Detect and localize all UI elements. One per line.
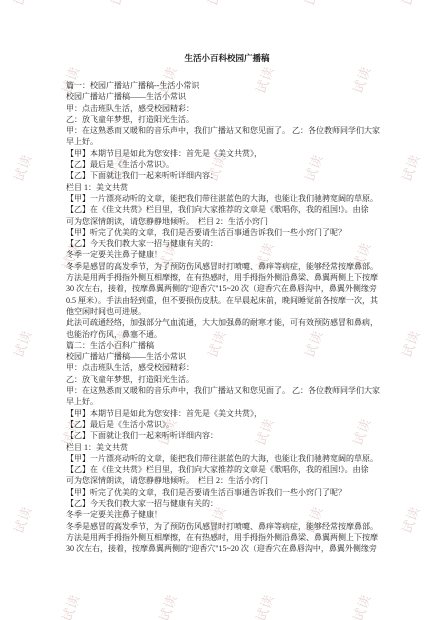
watermark-text: 试读: [8, 151, 35, 184]
text-line: 0.5 厘米）。手法由轻到重，但不要损伤皮肤。在早晨起床前，晚间睡觉前各按摩一次…: [66, 295, 388, 306]
watermark-text: 试读: [8, 503, 35, 536]
watermark-text: 试读: [153, 591, 180, 620]
watermark-text: 试读: [202, 0, 229, 8]
text-line: 篇一：校园广播站广播稿--生活小常识: [66, 80, 388, 91]
text-line: 栏目 1：美文共赏: [66, 182, 388, 193]
text-line: 甲：在这熟悉而又暖和的音乐声中，我们广播站又和您见面了。 乙：各位教师同学们大家: [66, 385, 388, 396]
text-line: 早上好。: [66, 396, 388, 407]
document-title: 生活小百科校园广播稿: [66, 52, 388, 64]
text-line: 冬季一定要关注鼻子健康！: [66, 249, 388, 260]
text-line: 【乙】在《佳文共赏》栏目里，我们向大家推荐的文章是《歌唱你，我的祖国!》。由徐: [66, 464, 388, 475]
text-line: 【甲】本期节目是如此为您安排：首先是《美文共赏》，: [66, 408, 388, 419]
text-line: 篇二：生活小百科广播稿: [66, 340, 388, 351]
watermark-text: 试读: [8, 0, 35, 8]
watermark-text: 试读: [105, 0, 132, 8]
watermark-text: 试读: [347, 591, 374, 620]
text-line: 30 次左右，接着，按摩鼻翼两侧的"迎香穴"15~20 次（迎香穴在鼻唇沟中，鼻…: [66, 283, 388, 294]
watermark-text: 试读: [396, 151, 423, 184]
text-line: 【乙】下面就让我们一起来听听详细内容：: [66, 430, 388, 441]
text-line: 此法可疏通经络，加强部分气血流通，大大加强鼻的耐寒才能，可有效预防感冒和鼻病，: [66, 317, 388, 328]
text-line: 乙：放飞童年梦想，打造阳光生活。: [66, 374, 388, 385]
text-line: 栏目 1：美文共赏: [66, 442, 388, 453]
text-line: 【甲】一片漂亮动听的文章，能把我们带往湛蓝色的大海，也能让我们驰骋宽阔的草原。: [66, 453, 388, 464]
text-line: 方法是用两手拇指外侧互相摩擦，在有热感时，用手拇指外侧沿鼻梁、鼻翼两侧上下按摩: [66, 532, 388, 543]
document-page: 试读试读试读试读试读试读试读试读试读试读试读试读试读试读试读试读试读试读试读试读…: [0, 0, 440, 620]
text-line: 【乙】在《佳文共赏》栏目里，我们向大家推荐的文章是《歌唱你，我的祖国!》。由徐: [66, 204, 388, 215]
watermark-text: 试读: [396, 0, 423, 8]
text-line: 【乙】下面就让我们一起来听听详细内容：: [66, 170, 388, 181]
text-line: 【甲】本期节目是如此为您安排：首先是《美文共赏》，: [66, 148, 388, 159]
text-line: 方法是用两手拇指外侧互相摩擦，在有热感时，用手拇指外侧沿鼻梁、鼻翼两侧上下按摩: [66, 272, 388, 283]
text-line: 校园广播站广播稿——生活小常识: [66, 351, 388, 362]
text-line: 【乙】今天我们教大家一招与健康有关的：: [66, 238, 388, 249]
text-line: 校园广播站广播稿——生活小常识: [66, 91, 388, 102]
text-line: 他空闲时间也可进展。: [66, 306, 388, 317]
watermark-text: 试读: [299, 0, 326, 8]
text-line: 可为您深情朗读，请您静静地倾听。 栏目 2：生活小窍门: [66, 216, 388, 227]
document-body: 篇一：校园广播站广播稿--生活小常识校园广播站广播稿——生活小常识甲：点击班队生…: [66, 80, 388, 554]
text-line: 【甲】听完了优美的文章，我们是否要请生活百事通告诉我们一些小窍门了呢？: [66, 487, 388, 498]
text-line: 冬季一定要关注鼻子健康！: [66, 509, 388, 520]
text-line: 甲：在这熟悉而又暖和的音乐声中，我们广播站又和您见面了。 乙：各位教师同学们大家: [66, 125, 388, 136]
watermark-text: 试读: [8, 327, 35, 360]
watermark-text: 试读: [56, 591, 83, 620]
text-line: 30 次左右，接着，按摩鼻翼两侧的"迎香穴"15~20 次（迎香穴在鼻唇沟中，鼻…: [66, 543, 388, 554]
text-line: 【乙】最后是《生活小常识》。: [66, 419, 388, 430]
document-content: 生活小百科校园广播稿 篇一：校园广播站广播稿--生活小常识校园广播站广播稿——生…: [66, 52, 388, 554]
text-line: 【甲】听完了优美的文章，我们是否要请生活百事通告诉我们一些小窍门了呢？: [66, 227, 388, 238]
text-line: 【乙】最后是《生活小常识》。: [66, 159, 388, 170]
watermark-text: 试读: [250, 591, 277, 620]
text-line: 也能治疗伤风，鼻塞不通。: [66, 329, 388, 340]
text-line: 【甲】一片漂亮动听的文章，能把我们带往湛蓝色的大海，也能让我们驰骋宽阔的草原。: [66, 193, 388, 204]
watermark-text: 试读: [396, 327, 423, 360]
text-line: 冬季是感冒的高发季节，为了预防伤风感冒时打喷嚏、鼻痒等病症，能够经常按摩鼻部。: [66, 261, 388, 272]
watermark-text: 试读: [396, 503, 423, 536]
text-line: 可为您深情朗读，请您静静地倾听。 栏目 2：生活小窍门: [66, 475, 388, 486]
text-line: 冬季是感冒的高发季节，为了预防伤风感冒时打喷嚏、鼻痒等病症，能够经常按摩鼻部。: [66, 521, 388, 532]
text-line: 甲：点击班队生活，感受校园精彩：: [66, 103, 388, 114]
text-line: 乙：放飞童年梦想，打造阳光生活。: [66, 114, 388, 125]
text-line: 早上好。: [66, 136, 388, 147]
text-line: 【乙】今天我们教大家一招与健康有关的：: [66, 498, 388, 509]
text-line: 甲：点击班队生活，感受校园精彩：: [66, 362, 388, 373]
